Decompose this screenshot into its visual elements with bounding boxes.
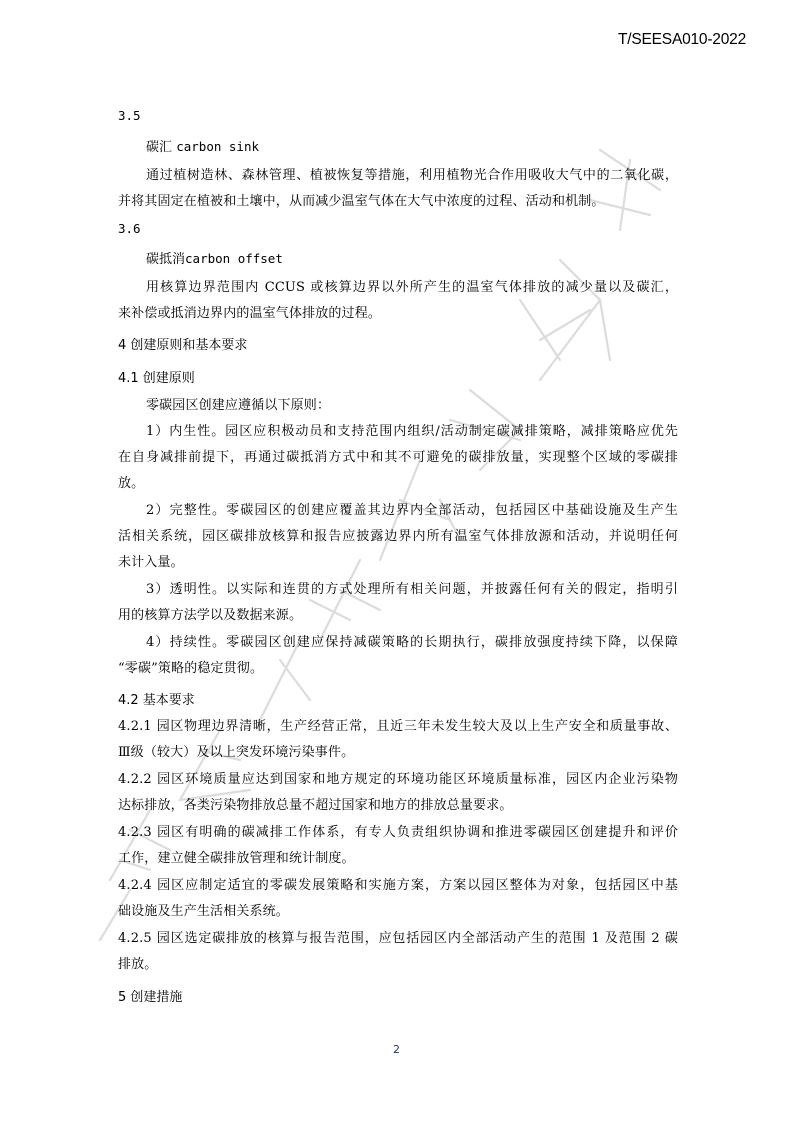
principle-line: 放。 — [118, 472, 144, 491]
section-heading-4: 4 创建原则和基本要求 — [118, 334, 247, 353]
requirement-line: 4.2.4 园区应制定适宜的零碳发展策略和实施方案，方案以园区整体为对象，包括园… — [118, 874, 678, 893]
principle-line: 4）持续性。零碳园区创建应保持减碳策略的长期执行，碳排放强度持续下降，以保障 — [146, 631, 678, 650]
term-carbon-sink: 碳汇 carbon sink — [146, 136, 259, 155]
term-cn: 碳抵消 — [146, 252, 185, 267]
document-page: T/SEESA010-2022 3.5 碳汇 carbon sink 通过植树造… — [0, 0, 793, 1122]
principle-line: 在自身减排前提下，再通过碳抵消方式中和其不可避免的碳排放量，实现整个区域的零碳排 — [118, 446, 678, 465]
requirement-line: 4.2.2 园区环境质量应达到国家和地方规定的环境功能区环境质量标准，园区内企业… — [118, 768, 678, 787]
term-carbon-offset: 碳抵消carbon offset — [146, 248, 283, 267]
requirement-line: 4.2.5 园区选定碳排放的核算与报告范围，应包括园区内全部活动产生的范围 1 … — [118, 927, 678, 946]
definition-line: 通过植树造林、森林管理、植被恢复等措施，利用植物光合作用吸收大气中的二氧化碳， — [146, 164, 678, 183]
definition-line: 用核算边界范围内 CCUS 或核算边界以外所产生的温室气体排放的减少量以及碳汇， — [146, 276, 678, 295]
term-en: carbon offset — [185, 251, 283, 266]
principle-line: 未计入量。 — [118, 551, 184, 570]
requirement-line: 4.2.3 园区有明确的碳减排工作体系，有专人负责组织协调和推进零碳园区创建提升… — [118, 821, 678, 840]
requirement-line: 4.2.1 园区物理边界清晰，生产经营正常，且近三年未发生较大及以上生产安全和质… — [118, 715, 678, 734]
principle-line: 活相关系统，园区碳排放核算和报告应披露边界内所有温室气体排放源和活动，并说明任何 — [118, 525, 678, 544]
principles-intro: 零碳园区创建应遵循以下原则： — [146, 394, 330, 413]
standard-code: T/SEESA010-2022 — [618, 31, 746, 49]
definition-line: 来补偿或抵消边界内的温室气体排放的过程。 — [118, 302, 381, 321]
definition-line: 并将其固定在植被和土壤中，从而减少温室气体在大气中浓度的过程、活动和机制。 — [118, 190, 605, 209]
requirement-line: 础设施及生产生活相关系统。 — [118, 900, 289, 919]
principle-line: “零碳”策略的稳定贯彻。 — [118, 657, 263, 676]
requirement-line: 排放。 — [118, 953, 157, 972]
clause-number-3-6: 3.6 — [118, 221, 141, 236]
requirement-line: Ⅲ级（较大）及以上突发环境污染事件。 — [118, 741, 354, 760]
principle-line: 用的核算方法学以及数据来源。 — [118, 604, 302, 623]
section-heading-5: 5 创建措施 — [118, 986, 182, 1005]
section-heading-4-2: 4.2 基本要求 — [118, 689, 195, 708]
principle-line: 2）完整性。零碳园区的创建应覆盖其边界内全部活动，包括园区中基础设施及生产生 — [146, 499, 678, 518]
requirement-line: 工作，建立健全碳排放管理和统计制度。 — [118, 847, 355, 866]
section-heading-4-1: 4.1 创建原则 — [118, 367, 195, 386]
principle-line: 3）透明性。以实际和连贯的方式处理所有相关问题，并披露任何有关的假定，指明引 — [146, 578, 678, 597]
term-cn: 碳汇 — [146, 140, 172, 155]
page-number: 2 — [0, 1043, 793, 1056]
clause-number-3-5: 3.5 — [118, 108, 141, 123]
principle-line: 1）内生性。园区应积极动员和支持范围内组织/活动制定碳减排策略，减排策略应优先 — [146, 420, 678, 439]
term-en: carbon sink — [176, 139, 259, 154]
requirement-line: 达标排放，各类污染物排放总量不超过国家和地方的排放总量要求。 — [118, 794, 513, 813]
